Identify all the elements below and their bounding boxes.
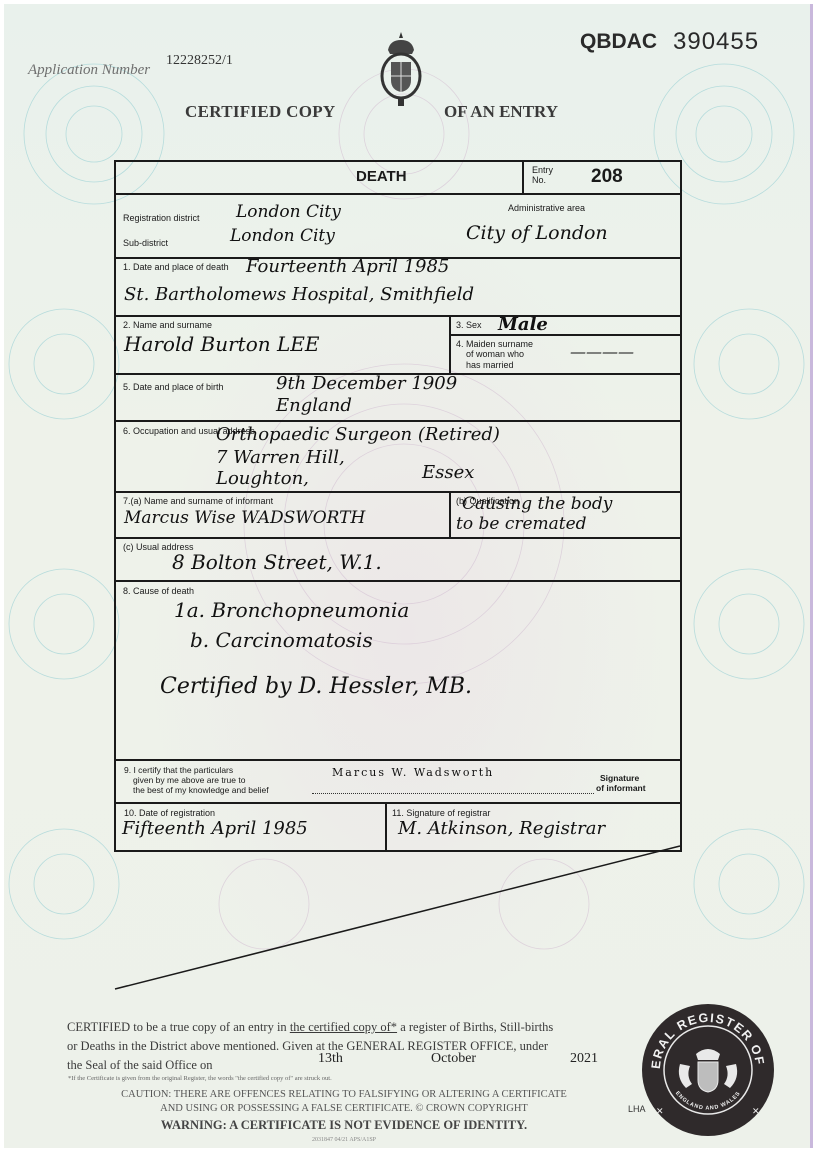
general-register-office-seal-icon: GENERAL REGISTER OFFICE ENGLAND AND WALE… [640,1002,776,1138]
issue-year: 2021 [570,1051,598,1067]
footnote: *If the Certificate is given from the or… [68,1075,332,1082]
caution-notice: CAUTION: THERE ARE OFFENCES RELATING TO … [84,1088,604,1116]
form-code: 2031847 04/21 APS/A1SP [84,1137,604,1143]
issue-month: October [431,1051,476,1067]
certification-statement: CERTIFIED to be a true copy of an entry … [67,1018,627,1075]
identity-warning: WARNING: A CERTIFICATE IS NOT EVIDENCE O… [84,1118,604,1133]
svg-text:✕: ✕ [752,1106,760,1116]
certificate-paper: Application Number 12228252/1 QBDAC 3904… [4,4,813,1148]
svg-text:✕: ✕ [656,1106,664,1116]
strike-through-line [4,4,810,1148]
issue-day: 13th [318,1051,343,1067]
